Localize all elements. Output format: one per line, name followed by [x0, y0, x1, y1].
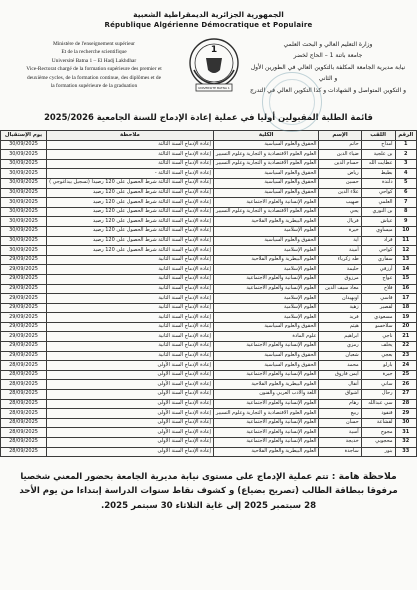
cell-faculty: العلوم الإنسانية والعلوم الاجتماعية [213, 284, 319, 294]
cell-note: إعادة الإدماج السنة الأولى [47, 438, 214, 448]
table-row: 11قرادآيةالحقوق والعلوم السياسيةإعادة ال… [1, 236, 417, 246]
table-row: 27رحالأشواقاللغة والأدب العربي والفنونإع… [1, 390, 417, 400]
cell-reception-day: 30/09/2025 [1, 140, 47, 150]
cell-first-name: خديجة [319, 438, 361, 448]
cell-surname: العلمي [361, 198, 395, 208]
vice-rectorat-line-fr: Vice-Rectorat chargé de la formation sup… [10, 65, 178, 73]
cell-faculty: العلوم الإنسانية والعلوم الاجتماعية [213, 428, 319, 438]
cell-reception-day: 29/09/2025 [1, 342, 47, 352]
cell-faculty: العلوم الإسلامية [213, 226, 319, 236]
cell-note: إعادة الإدماج السنة الثالثة [47, 150, 214, 160]
important-note-label: ملاحظة هامة : [332, 471, 397, 482]
cell-note: إعادة الإدماج السنة الثانية [47, 284, 214, 294]
cell-faculty: الحقوق والعلوم السياسية [213, 236, 319, 246]
cell-reception-day: 30/09/2025 [1, 198, 47, 208]
column-header-first-name: الإسم [319, 131, 361, 141]
cell-note: إعادة الإدماج السنة الثالثة شرط الحصول ع… [47, 188, 214, 198]
cell-surname: فلاح [361, 284, 395, 294]
university-seal-icon: 1 UNIVERSITE BATNA 1 [186, 36, 242, 96]
cell-faculty: الحقوق والعلوم السياسية [213, 361, 319, 371]
cell-note: إعادة الإدماج السنة الثانية [47, 313, 214, 323]
page-title: قائمة الطلبة المقبولين أوليا في عملية إع… [0, 112, 417, 122]
cell-first-name: حسان [319, 418, 361, 428]
table-body: 1أمداححاتمالحقوق والعلوم السياسيةإعادة ا… [1, 140, 417, 457]
cell-surname: ساني [361, 380, 395, 390]
cell-surname: بن النوري [361, 207, 395, 217]
important-note: ملاحظة هامة : تتم عملية الإدماج على مستو… [14, 469, 403, 513]
table-row: 32محجوبيخديجةالعلوم الإنسانية والعلوم ال… [1, 438, 417, 448]
cell-first-name: طه زكرياء [319, 255, 361, 265]
cell-faculty: العلوم البيطرية والعلوم الفلاحية [213, 380, 319, 390]
cell-surname: سي عبدالله [361, 399, 395, 409]
table-row: 1أمداححاتمالحقوق والعلوم السياسيةإعادة ا… [1, 140, 417, 150]
cell-faculty: العلوم العلوم الاقتصادية و التجارية وعلو… [213, 159, 319, 169]
cell-first-name: شعبان [319, 351, 361, 361]
cell-first-name: أشواق [319, 390, 361, 400]
cell-faculty: العلوم الإسلامية [213, 303, 319, 313]
cell-reception-day: 29/09/2025 [1, 265, 47, 275]
cell-faculty: العلوم الإنسانية والعلوم الاجتماعية [213, 274, 319, 284]
cell-note: إعادة الإدماج السنة الأولى [47, 399, 214, 409]
cell-rank: 16 [395, 284, 416, 294]
cell-rank: 13 [395, 255, 416, 265]
table-row: 20سلاخسوهيثمالحقوق والعلوم السياسيةإعادة… [1, 322, 417, 332]
cell-note: إعادة الإدماج السنة الثالثة شرط الحصول ع… [47, 178, 214, 188]
cell-reception-day: 28/09/2025 [1, 361, 47, 371]
cell-first-name: أيمن فاروق [319, 370, 361, 380]
table-row: 24بارلومحمدالحقوق والعلوم السياسيةإعادة … [1, 361, 417, 371]
cell-surname: عواج [361, 274, 395, 284]
cell-reception-day: 29/09/2025 [1, 351, 47, 361]
cell-faculty: العلوم البيطرية والعلوم الفلاحية [213, 447, 319, 457]
cell-rank: 21 [395, 332, 416, 342]
cell-rank: 6 [395, 188, 416, 198]
cell-reception-day: 29/09/2025 [1, 322, 47, 332]
cell-surname: بن علجية [361, 150, 395, 160]
cell-surname: أمداح [361, 140, 395, 150]
cell-first-name: يحي [319, 207, 361, 217]
vice-rectorat-line-ar: و التكوين المتواصل و الشهادات و كذا التك… [249, 85, 407, 96]
cell-first-name: حسين [319, 178, 361, 188]
cell-note: إعادة الإدماج السنة الثالثة شرط الحصول ع… [47, 198, 214, 208]
cell-first-name: فريال [319, 217, 361, 227]
cell-faculty: علوم المادة [213, 332, 319, 342]
cell-note: إعادة الإدماج السنة الثالثة شرط الحصول ع… [47, 236, 214, 246]
ministry-line-fr: Et de la recherche scientifique [10, 48, 178, 56]
cell-faculty: العلوم الإسلامية [213, 294, 319, 304]
cell-reception-day: 30/09/2025 [1, 159, 47, 169]
cell-rank: 23 [395, 351, 416, 361]
table-row: 30لقشاعةحسانالعلوم الإنسانية والعلوم الا… [1, 418, 417, 428]
table-row: 33بنورساجدةالعلوم البيطرية والعلوم الفلا… [1, 447, 417, 457]
cell-note: إعادة الإدماج السنة الأولى [47, 447, 214, 457]
cell-note: إعادة الإدماج السنة الثالثة [47, 140, 214, 150]
cell-rank: 25 [395, 370, 416, 380]
university-seal-logo: 1 UNIVERSITE BATNA 1 [184, 36, 244, 96]
cell-rank: 1 [395, 140, 416, 150]
table-row: 31مجوجآسيةالعلوم الإنسانية والعلوم الاجت… [1, 428, 417, 438]
republic-title-arabic: الجمهورية الجزائرية الديمقراطية الشعبية [0, 10, 417, 19]
cell-surname: عياش [361, 217, 395, 227]
cell-faculty: العلوم الإسلامية [213, 313, 319, 323]
cell-surname: لقشاعة [361, 418, 395, 428]
cell-surname: سفاري [361, 255, 395, 265]
cell-reception-day: 28/09/2025 [1, 390, 47, 400]
cell-surname: مسعودي [361, 313, 395, 323]
cell-rank: 26 [395, 380, 416, 390]
cell-surname: عطايت الله [361, 159, 395, 169]
table-row: 10ميساويخيرةالعلوم الإسلاميةإعادة الإدما… [1, 226, 417, 236]
cell-note: إعادة الإدماج السنة الثانية [47, 294, 214, 304]
cell-surname: دلندة [361, 178, 395, 188]
cell-rank: 17 [395, 294, 416, 304]
cell-faculty: العلوم الإنسانية والعلوم الاجتماعية [213, 438, 319, 448]
column-header-reception-day: يوم الإستقبال [1, 131, 47, 141]
cell-faculty: العلوم الإنسانية والعلوم الاجتماعية [213, 198, 319, 208]
cell-first-name: زهية [319, 303, 361, 313]
cell-rank: 22 [395, 342, 416, 352]
vice-rectorat-line-ar: نيابة مديرية الجامعة المكلفة بالتكوين ال… [249, 62, 407, 85]
cell-rank: 33 [395, 447, 416, 457]
cell-first-name: صهيب [319, 198, 361, 208]
cell-note: إعادة الإدماج السنة الثالثة شرط الحصول ع… [47, 226, 214, 236]
cell-reception-day: 30/09/2025 [1, 150, 47, 160]
vice-rectorat-line-fr: deuxième cycles, de la formation continu… [10, 74, 178, 82]
table-row: 7العلميصهيبالعلوم الإنسانية والعلوم الاج… [1, 198, 417, 208]
table-row: 17قاسياوبهيدانالعلوم الإسلاميةإعادة الإد… [1, 294, 417, 304]
cell-reception-day: 30/09/2025 [1, 207, 47, 217]
table-row: 2بن علجيةضياء الدينالعلوم العلوم الاقتصا… [1, 150, 417, 160]
cell-reception-day: 30/09/2025 [1, 246, 47, 256]
cell-faculty: الحقوق والعلوم السياسية [213, 322, 319, 332]
cell-rank: 18 [395, 303, 416, 313]
cell-rank: 24 [395, 361, 416, 371]
svg-text:UNIVERSITE BATNA 1: UNIVERSITE BATNA 1 [198, 86, 230, 90]
cell-surname: ناجي [361, 332, 395, 342]
cell-first-name: خيرة [319, 226, 361, 236]
cell-reception-day: 28/09/2025 [1, 418, 47, 428]
cell-faculty: العلوم الإسلامية [213, 265, 319, 275]
cell-faculty: العلوم البيطرية والعلوم الفلاحية [213, 255, 319, 265]
cell-faculty: العلوم الإنسانية والعلوم الاجتماعية [213, 399, 319, 409]
ministry-block-arabic: وزارة التعليم العالي و البحث العلمي جامع… [249, 36, 407, 96]
cell-rank: 7 [395, 198, 416, 208]
cell-reception-day: 28/09/2025 [1, 438, 47, 448]
table-row: 22يخلفرمزيالعلوم الإنسانية والعلوم الاجت… [1, 342, 417, 352]
table-row: 14أرزقيحليمةالعلوم الإسلاميةإعادة الإدما… [1, 265, 417, 275]
cell-reception-day: 28/09/2025 [1, 447, 47, 457]
cell-reception-day: 29/09/2025 [1, 332, 47, 342]
cell-rank: 19 [395, 313, 416, 323]
cell-note: إعادة الإدماج السنة الثالثة [47, 159, 214, 169]
column-header-note: ملاحظة [47, 131, 214, 141]
cell-rank: 32 [395, 438, 416, 448]
column-header-faculty: الكلية [213, 131, 319, 141]
cell-reception-day: 29/09/2025 [1, 284, 47, 294]
cell-first-name: ضياء الدين [319, 150, 361, 160]
table-header-row: الرقماللقبالإسمالكليةملاحظةيوم الإستقبال [1, 131, 417, 141]
cell-rank: 14 [395, 265, 416, 275]
cell-note: إعادة الإدماج السنة الأولى [47, 428, 214, 438]
table-row: 28سي عبداللهرهامالعلوم الإنسانية والعلوم… [1, 399, 417, 409]
cell-first-name: معاذ سيف الدين [319, 284, 361, 294]
cell-faculty: العلوم البيطرية والعلوم الفلاحية [213, 217, 319, 227]
cell-surname: رحال [361, 390, 395, 400]
cell-first-name: رهام [319, 399, 361, 409]
table-row: 3عطايت اللهحسام الدينالعلوم العلوم الاقت… [1, 159, 417, 169]
cell-note: إعادة الإدماج السنة الثالثة - [47, 169, 214, 179]
cell-reception-day: 29/09/2025 [1, 313, 47, 323]
republic-title-french: République Algérienne Démocratique et Po… [0, 21, 417, 29]
table-row: 26سانيأنفالالعلوم البيطرية والعلوم الفلا… [1, 380, 417, 390]
table-row: 6كواحيعلاء الدينالحقوق والعلوم السياسيةإ… [1, 188, 417, 198]
table-row: 4بطيطرياضالحقوق والعلوم السياسيةإعادة ال… [1, 169, 417, 179]
cell-first-name: آية [319, 236, 361, 246]
table-row: 23بعجيشعبانالحقوق والعلوم السياسيةإعادة … [1, 351, 417, 361]
table-row: 25جيرةأيمن فاروقالعلوم الإنسانية والعلوم… [1, 370, 417, 380]
cell-surname: يخلف [361, 342, 395, 352]
cell-note: إعادة الإدماج السنة الأولى [47, 370, 214, 380]
cell-first-name: فريد [319, 313, 361, 323]
cell-first-name: رمزي [319, 342, 361, 352]
cell-faculty: العلوم الإنسانية والعلوم الاجتماعية [213, 342, 319, 352]
cell-rank: 8 [395, 207, 416, 217]
table-row: 12كواحيأمينةالعلوم الإسلاميةإعادة الإدما… [1, 246, 417, 256]
cell-reception-day: 28/09/2025 [1, 409, 47, 419]
cell-rank: 5 [395, 178, 416, 188]
cell-reception-day: 28/09/2025 [1, 399, 47, 409]
table-row: 13سفاريطه زكرياءالعلوم البيطرية والعلوم … [1, 255, 417, 265]
cell-faculty: اللغة والأدب العربي والفنون [213, 390, 319, 400]
cell-first-name: آسية [319, 428, 361, 438]
cell-first-name: هيثم [319, 322, 361, 332]
cell-first-name: محمد [319, 361, 361, 371]
cell-reception-day: 29/09/2025 [1, 294, 47, 304]
cell-note: إعادة الإدماج السنة الثانية [47, 255, 214, 265]
table-row: 21ناجيابراهيمعلوم المادةإعادة الإدماج ال… [1, 332, 417, 342]
cell-note: إعادة الإدماج السنة الأولى [47, 390, 214, 400]
cell-surname: لقصير [361, 303, 395, 313]
cell-faculty: العلوم الإسلامية [213, 246, 319, 256]
svg-text:1: 1 [210, 45, 216, 55]
cell-rank: 29 [395, 409, 416, 419]
column-header-surname: اللقب [361, 131, 395, 141]
university-line-ar: جامعة باتنة 1 – الحاج لخضر [249, 50, 407, 61]
cell-faculty: الحقوق والعلوم السياسية [213, 188, 319, 198]
cell-surname: بعجي [361, 351, 395, 361]
table-row: 5دلندةحسينالحقوق والعلوم السياسيةإعادة ا… [1, 178, 417, 188]
cell-rank: 27 [395, 390, 416, 400]
ministry-block-french: Ministère de l'enseignement supérieur Et… [10, 36, 178, 90]
cell-first-name: مرزوق [319, 274, 361, 284]
document-page: الجمهورية الجزائرية الديمقراطية الشعبية … [0, 0, 417, 590]
cell-reception-day: 30/09/2025 [1, 217, 47, 227]
cell-first-name: رياض [319, 169, 361, 179]
cell-rank: 4 [395, 169, 416, 179]
cell-note: إعادة الإدماج السنة الثانية [47, 322, 214, 332]
cell-first-name: حاتم [319, 140, 361, 150]
cell-surname: بارلو [361, 361, 395, 371]
cell-faculty: العلوم العلوم الاقتصادية و التجارية وعلو… [213, 207, 319, 217]
cell-first-name: علاء الدين [319, 188, 361, 198]
ministry-line-ar: وزارة التعليم العالي و البحث العلمي [249, 39, 407, 50]
cell-first-name: حسام الدين [319, 159, 361, 169]
cell-reception-day: 28/09/2025 [1, 370, 47, 380]
table-row: 29قنفوذربيعالعلوم العلوم الاقتصادية و ال… [1, 409, 417, 419]
cell-note: إعادة الإدماج السنة الثالثة شرط الحصول ع… [47, 246, 214, 256]
letterhead: Ministère de l'enseignement supérieur Et… [10, 36, 407, 98]
cell-rank: 9 [395, 217, 416, 227]
cell-rank: 31 [395, 428, 416, 438]
cell-surname: قنفوذ [361, 409, 395, 419]
cell-reception-day: 30/09/2025 [1, 178, 47, 188]
cell-reception-day: 30/09/2025 [1, 169, 47, 179]
cell-surname: ميساوي [361, 226, 395, 236]
cell-rank: 30 [395, 418, 416, 428]
table-row: 18لقصيرزهيةالعلوم الإسلاميةإعادة الإدماج… [1, 303, 417, 313]
cell-note: إعادة الإدماج السنة الأولى [47, 380, 214, 390]
cell-first-name: أمينة [319, 246, 361, 256]
cell-note: إعادة الإدماج السنة الثانية [47, 265, 214, 275]
cell-reception-day: 28/09/2025 [1, 428, 47, 438]
cell-reception-day: 30/09/2025 [1, 236, 47, 246]
table-row: 16فلاحمعاذ سيف الدينالعلوم الإنسانية وال… [1, 284, 417, 294]
cell-note: إعادة الإدماج السنة الثالثة شرط الحصول ع… [47, 207, 214, 217]
cell-reception-day: 28/09/2025 [1, 380, 47, 390]
cell-rank: 15 [395, 274, 416, 284]
cell-note: إعادة الإدماج السنة الثانية [47, 274, 214, 284]
cell-faculty: العلوم الإنسانية والعلوم الاجتماعية [213, 418, 319, 428]
cell-surname: محجوبي [361, 438, 395, 448]
university-line-fr: Université Batna 1 – El Hadj Lakhdhar [10, 57, 178, 65]
cell-note: إعادة الإدماج السنة الثانية [47, 303, 214, 313]
cell-faculty: الحقوق والعلوم السياسية [213, 178, 319, 188]
cell-rank: 20 [395, 322, 416, 332]
cell-surname: بطيط [361, 169, 395, 179]
cell-surname: قاسي [361, 294, 395, 304]
cell-surname: كواحي [361, 246, 395, 256]
cell-reception-day: 30/09/2025 [1, 226, 47, 236]
cell-note: إعادة الإدماج السنة الأولى [47, 409, 214, 419]
cell-faculty: الحقوق والعلوم السياسية [213, 169, 319, 179]
cell-note: إعادة الإدماج السنة الثانية [47, 351, 214, 361]
cell-faculty: العلوم العلوم الاقتصادية و التجارية وعلو… [213, 409, 319, 419]
cell-first-name: حليمة [319, 265, 361, 275]
cell-faculty: الحقوق والعلوم السياسية [213, 351, 319, 361]
cell-faculty: العلوم الإنسانية والعلوم الاجتماعية [213, 370, 319, 380]
cell-rank: 2 [395, 150, 416, 160]
table-row: 9عياشفريالالعلوم البيطرية والعلوم الفلاح… [1, 217, 417, 227]
students-table: الرقماللقبالإسمالكليةملاحظةيوم الإستقبال… [0, 130, 417, 457]
cell-note: إعادة الإدماج السنة الثانية [47, 332, 214, 342]
ministry-line-fr: Ministère de l'enseignement supérieur [10, 40, 178, 48]
cell-rank: 28 [395, 399, 416, 409]
cell-reception-day: 29/09/2025 [1, 303, 47, 313]
cell-rank: 3 [395, 159, 416, 169]
cell-faculty: العلوم العلوم الاقتصادية و التجارية وعلو… [213, 150, 319, 160]
column-header-rank: الرقم [395, 131, 416, 141]
table-row: 15عواجمرزوقالعلوم الإنسانية والعلوم الاج… [1, 274, 417, 284]
cell-first-name: ساجدة [319, 447, 361, 457]
cell-surname: كواحي [361, 188, 395, 198]
cell-first-name: اوبهيدان [319, 294, 361, 304]
cell-faculty: الحقوق والعلوم السياسية [213, 140, 319, 150]
cell-rank: 11 [395, 236, 416, 246]
cell-reception-day: 29/09/2025 [1, 255, 47, 265]
cell-surname: بنور [361, 447, 395, 457]
cell-rank: 10 [395, 226, 416, 236]
vice-rectorat-line-fr: la formation supérieure de la graduation [10, 82, 178, 90]
cell-reception-day: 30/09/2025 [1, 188, 47, 198]
cell-note: إعادة الإدماج السنة الثالثة شرط الحصول ع… [47, 217, 214, 227]
table-row: 8بن النورييحيالعلوم العلوم الاقتصادية و … [1, 207, 417, 217]
cell-rank: 12 [395, 246, 416, 256]
cell-first-name: أنفال [319, 380, 361, 390]
cell-note: إعادة الإدماج السنة الأولى [47, 361, 214, 371]
cell-note: إعادة الإدماج السنة الأولى [47, 418, 214, 428]
cell-first-name: ابراهيم [319, 332, 361, 342]
cell-surname: مجوج [361, 428, 395, 438]
cell-surname: أرزقي [361, 265, 395, 275]
cell-surname: قراد [361, 236, 395, 246]
table-row: 19مسعوديفريدالعلوم الإسلاميةإعادة الإدما… [1, 313, 417, 323]
cell-reception-day: 29/09/2025 [1, 274, 47, 284]
cell-surname: سلاخسو [361, 322, 395, 332]
cell-first-name: ربيع [319, 409, 361, 419]
cell-surname: جيرة [361, 370, 395, 380]
cell-note: إعادة الإدماج السنة الثانية [47, 342, 214, 352]
